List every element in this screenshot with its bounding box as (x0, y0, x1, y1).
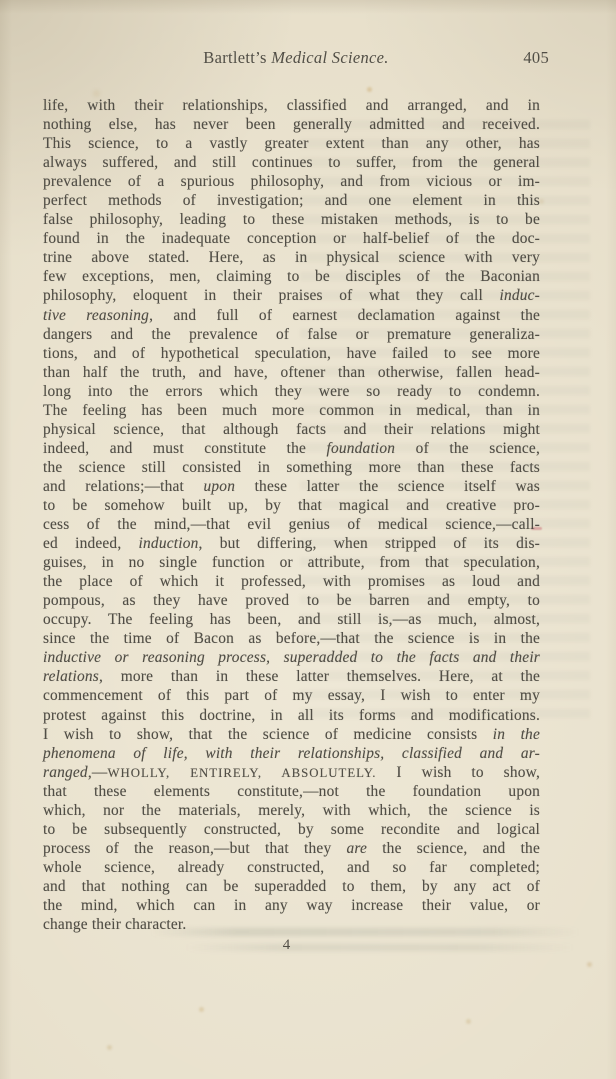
text-line: commencement of this part of my essay, I… (43, 686, 540, 705)
text-line: occupy. The feeling has been, and still … (43, 610, 540, 629)
text-segment: pompous, as they have proved to be barre… (43, 592, 540, 609)
text-segment: found in the inadequate conception or ha… (43, 230, 540, 247)
text-segment: the science still consisted in something… (43, 459, 540, 476)
text-segment: commencement of this part of my essay, I… (43, 687, 540, 704)
text-segment: , but differing, when stripped of its di… (198, 535, 540, 552)
running-head-title: Medical Science. (271, 48, 389, 67)
text-segment: I wish to show, that the science of medi… (43, 726, 493, 743)
text-segment: I wish to show, (377, 764, 540, 781)
text-line: than half the truth, and have, oftener t… (43, 363, 540, 382)
text-segment: This science, to a vastly greater extent… (43, 135, 540, 152)
text-segment: philosophy, eloquent in their praises of… (43, 287, 499, 304)
text-line: dangers and the prevalence of false or p… (43, 325, 540, 344)
text-line: pompous, as they have proved to be barre… (43, 591, 540, 610)
text-line: few exceptions, men, claiming to be disc… (43, 267, 540, 286)
text-line: philosophy, eloquent in their praises of… (43, 286, 540, 305)
text-line: I wish to show, that the science of medi… (43, 725, 540, 744)
text-segment: tive reasoning (43, 307, 149, 324)
text-segment: in the (493, 726, 540, 743)
text-segment: since the time of Bacon as before,—that … (43, 630, 540, 647)
text-segment: than half the truth, and have, oftener t… (43, 364, 540, 381)
text-line: found in the inadequate conception or ha… (43, 229, 540, 248)
text-segment: the mind, which can in any way increase … (43, 897, 540, 914)
text-segment: cess of the mind,—that evil genius of me… (43, 516, 540, 533)
text-segment: indeed, and must constitute the (43, 440, 327, 457)
text-segment: , and full of earnest declamation agains… (149, 307, 540, 324)
text-line: relations, more than in these latter the… (43, 667, 540, 686)
text-segment: WHOLLY, ENTIRELY, ABSOLUTELY. (107, 766, 376, 780)
text-line: always suffered, and still continues to … (43, 153, 540, 172)
text-segment: few exceptions, men, claiming to be disc… (43, 268, 540, 285)
signature-mark: 4 (43, 937, 540, 954)
text-line: whole science, already constructed, and … (43, 858, 540, 877)
text-segment: physical science, that although facts an… (43, 421, 540, 438)
text-line: false philosophy, leading to these mista… (43, 210, 540, 229)
text-line: which, nor the materials, merely, with w… (43, 801, 540, 820)
text-segment: dangers and the prevalence of false or p… (43, 326, 540, 343)
body-text: life, with their relationships, classifi… (43, 96, 540, 934)
text-segment: upon (204, 478, 236, 495)
text-segment: always suffered, and still continues to … (43, 154, 540, 171)
text-line: ed indeed, induction, but differing, whe… (43, 534, 540, 553)
text-segment: to be somehow built up, by that magical … (43, 497, 540, 514)
text-line: prevalence of a spurious philosophy, and… (43, 172, 540, 191)
text-line: to be subsequently constructed, by some … (43, 820, 540, 839)
text-segment: trine above stated. Here, as in physical… (43, 249, 540, 266)
text-line: process of the reason,—but that they are… (43, 839, 540, 858)
text-segment: the place of which it professed, with pr… (43, 573, 540, 590)
text-line: ranged,—WHOLLY, ENTIRELY, ABSOLUTELY. I … (43, 763, 540, 782)
text-line: the science still consisted in something… (43, 458, 540, 477)
text-line: phenomena of life, with their relationsh… (43, 744, 540, 763)
text-segment: ,— (88, 764, 108, 781)
foxing-specks (0, 0, 3, 3)
text-segment: guises, in no single function or attribu… (43, 554, 540, 571)
text-segment: and relations;—that (43, 478, 204, 495)
text-line: cess of the mind,—that evil genius of me… (43, 515, 540, 534)
text-segment: these latter the science itself was (235, 478, 540, 495)
text-line: physical science, that although facts an… (43, 420, 540, 439)
text-line: the mind, which can in any way increase … (43, 896, 540, 915)
text-segment: prevalence of a spurious philosophy, and… (43, 173, 540, 190)
text-line: life, with their relationships, classifi… (43, 96, 540, 115)
text-segment: induc- (499, 287, 540, 304)
text-line: guises, in no single function or attribu… (43, 553, 540, 572)
text-segment: relations (43, 668, 99, 685)
text-segment: , more than in these latter themselves. … (99, 668, 540, 685)
text-segment: occupy. The feeling has been, and still … (43, 611, 540, 628)
text-segment: are (347, 840, 368, 857)
text-line: and relations;—that upon these latter th… (43, 477, 540, 496)
text-line: the place of which it professed, with pr… (43, 572, 540, 591)
text-segment: phenomena of life, with their relationsh… (43, 745, 540, 762)
text-line: The feeling has been much more common in… (43, 401, 540, 420)
text-segment: process of the reason,—but that they (43, 840, 347, 857)
text-line: change their character. (43, 915, 540, 934)
text-segment: which, nor the materials, merely, with w… (43, 802, 540, 819)
text-line: long into the errors which they were so … (43, 382, 540, 401)
text-line: protest against this doctrine, in all it… (43, 706, 540, 725)
text-segment: inductive or reasoning process, superadd… (43, 649, 540, 666)
text-segment: nothing else, has never been generally a… (43, 116, 540, 133)
text-segment: long into the errors which they were so … (43, 383, 540, 400)
text-segment: false philosophy, leading to these mista… (43, 211, 540, 228)
text-segment: ranged (43, 764, 88, 781)
text-segment: of the science, (395, 440, 540, 457)
text-segment: the science, and the (367, 840, 540, 857)
text-segment: foundation (327, 440, 396, 457)
text-line: tive reasoning, and full of earnest decl… (43, 306, 540, 325)
text-segment: change their character. (43, 916, 186, 933)
text-line: to be somehow built up, by that magical … (43, 496, 540, 515)
book-page: Bartlett’s Medical Science. 405 life, wi… (0, 0, 616, 1079)
text-line: that these elements constitute,—not the … (43, 782, 540, 801)
text-segment: that these elements constitute,—not the … (43, 783, 540, 800)
text-segment: induction (139, 535, 199, 552)
text-segment: life, with their relationships, classifi… (43, 97, 540, 114)
text-line: This science, to a vastly greater extent… (43, 134, 540, 153)
text-line: perfect methods of investigation; and on… (43, 191, 540, 210)
text-line: nothing else, has never been generally a… (43, 115, 540, 134)
running-head: Bartlett’s Medical Science. 405 (43, 48, 549, 68)
text-line: and that nothing can be superadded to th… (43, 877, 540, 896)
text-segment: protest against this doctrine, in all it… (43, 707, 540, 724)
text-line: indeed, and must constitute the foundati… (43, 439, 540, 458)
text-segment: and that nothing can be superadded to th… (43, 878, 540, 895)
text-segment: tions, and of hypothetical speculation, … (43, 345, 540, 362)
text-line: trine above stated. Here, as in physical… (43, 248, 540, 267)
running-head-author: Bartlett’s (203, 48, 271, 67)
text-segment: to be subsequently constructed, by some … (43, 821, 540, 838)
text-segment: ed indeed, (43, 535, 139, 552)
page-number: 405 (523, 48, 549, 68)
text-segment: The feeling has been much more common in… (43, 402, 540, 419)
text-line: inductive or reasoning process, superadd… (43, 648, 540, 667)
text-segment: whole science, already constructed, and … (43, 859, 540, 876)
text-line: since the time of Bacon as before,—that … (43, 629, 540, 648)
text-segment: perfect methods of investigation; and on… (43, 192, 540, 209)
text-line: tions, and of hypothetical speculation, … (43, 344, 540, 363)
